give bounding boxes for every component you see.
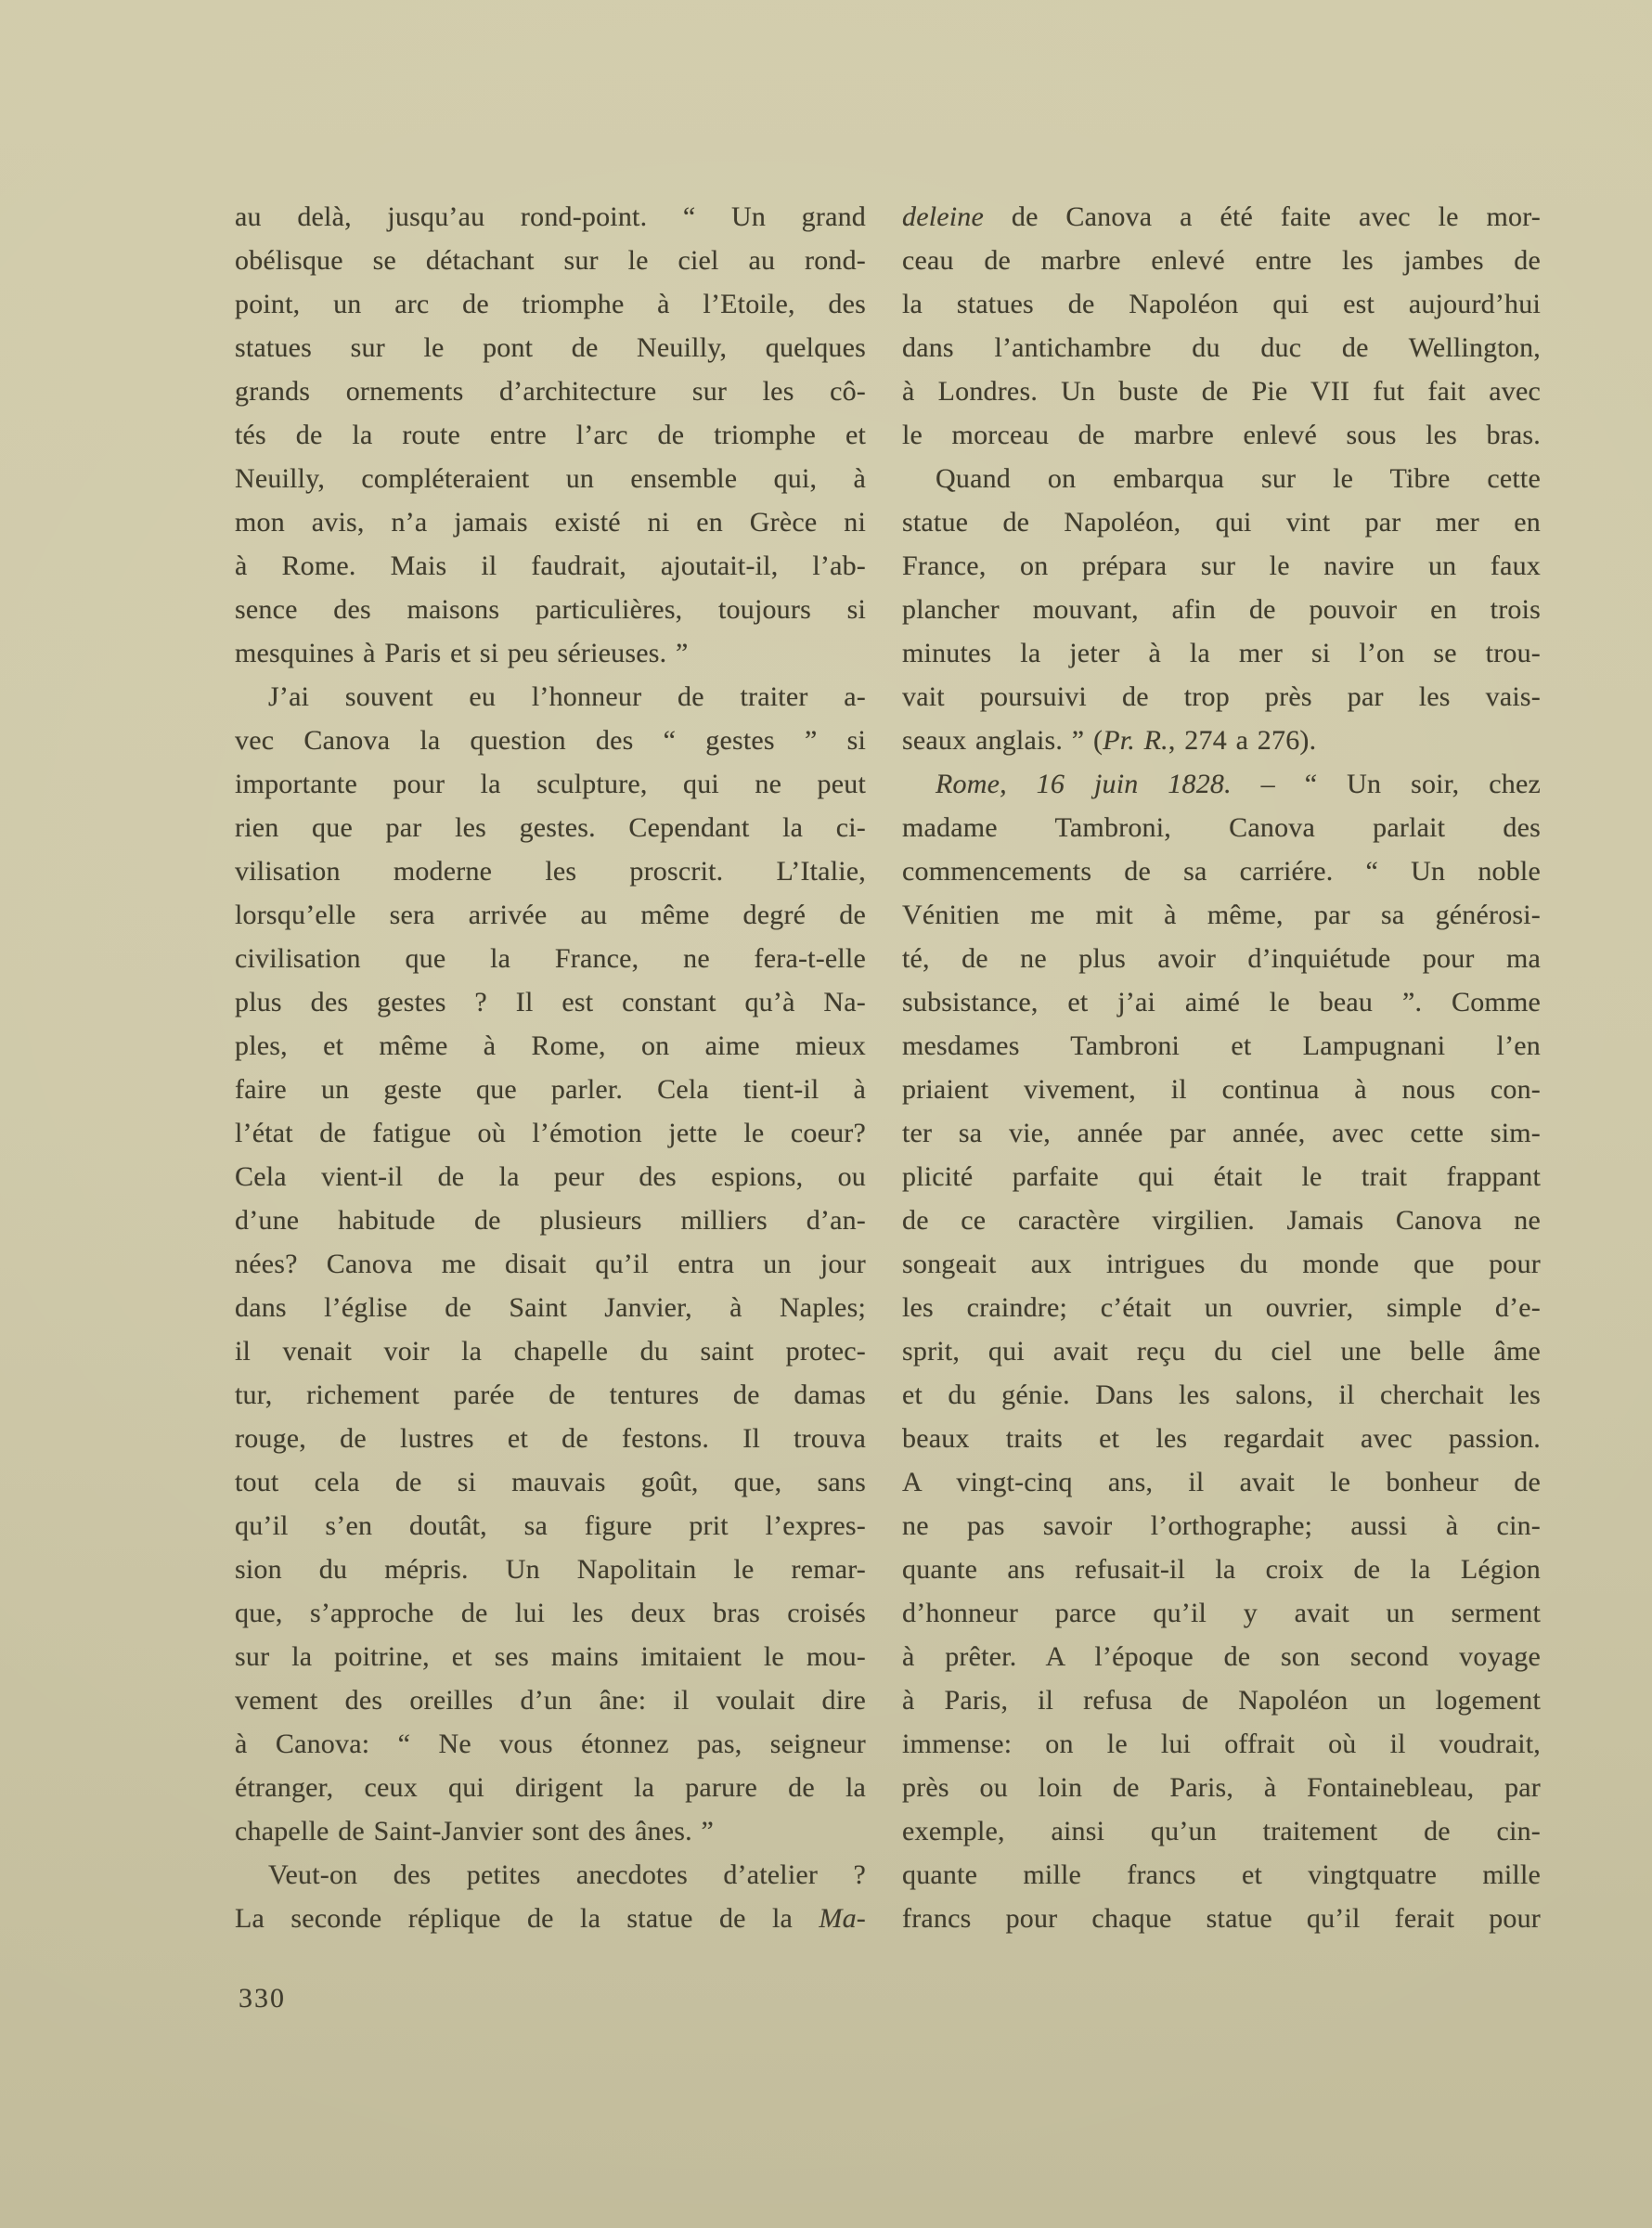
text-line: La seconde réplique de la statue de la M… xyxy=(235,1897,866,1940)
text-line: d’honneur parce qu’il y avait un serment xyxy=(902,1591,1541,1635)
text-line: Quand on embarqua sur le Tibre cette xyxy=(902,457,1541,500)
text-line: au delà, jusqu’au rond-point. “ Un grand xyxy=(235,195,866,239)
text-line: Veut-on des petites anecdotes d’atelier … xyxy=(235,1853,866,1897)
text-line: l’état de fatigue où l’émotion jette le … xyxy=(235,1111,866,1155)
text-line: quante ans refusait-il la croix de la Lé… xyxy=(902,1548,1541,1591)
text-line: priaient vivement, il continua à nous co… xyxy=(902,1068,1541,1111)
text-line: à Londres. Un buste de Pie VII fut fait … xyxy=(902,369,1541,413)
text-line: statue de Napoléon, qui vint par mer en xyxy=(902,500,1541,544)
text-line: quante mille francs et vingtquatre mille xyxy=(902,1853,1541,1897)
text-line: francs pour chaque statue qu’il ferait p… xyxy=(902,1897,1541,1940)
text-line: subsistance, et j’ai aimé le beau ”. Com… xyxy=(902,980,1541,1024)
text-line: plus des gestes ? Il est constant qu’à N… xyxy=(235,980,866,1024)
text-line: dans l’antichambre du duc de Wellington, xyxy=(902,326,1541,369)
text-line: mon avis, n’a jamais existé ni en Grèce … xyxy=(235,500,866,544)
text-line: mesdames Tambroni et Lampugnani l’en xyxy=(902,1024,1541,1068)
text-line: vement des oreilles d’un âne: il voulait… xyxy=(235,1678,866,1722)
text-line: vilisation moderne les proscrit. L’Itali… xyxy=(235,849,866,893)
text-line: le morceau de marbre enlevé sous les bra… xyxy=(902,413,1541,457)
text-line: A vingt-cinq ans, il avait le bonheur de xyxy=(902,1460,1541,1504)
text-line: nées? Canova me disait qu’il entra un jo… xyxy=(235,1242,866,1286)
text-line: point, un arc de triomphe à l’Etoile, de… xyxy=(235,282,866,326)
text-line: tés de la route entre l’arc de triomphe … xyxy=(235,413,866,457)
text-line: tout cela de si mauvais goût, que, sans xyxy=(235,1460,866,1504)
text-line: étranger, ceux qui dirigent la parure de… xyxy=(235,1766,866,1809)
text-line: madame Tambroni, Canova parlait des xyxy=(902,806,1541,849)
text-line: à prêter. A l’époque de son second voyag… xyxy=(902,1635,1541,1678)
text-line: ter sa vie, année par année, avec cette … xyxy=(902,1111,1541,1155)
text-column-left: au delà, jusqu’au rond-point. “ Un grand… xyxy=(235,195,866,1940)
italic-segment: Pr. R. xyxy=(1103,725,1168,756)
text-line: Vénitien me mit à même, par sa générosi- xyxy=(902,893,1541,937)
text-line: ples, et même à Rome, on aime mieux xyxy=(235,1024,866,1068)
text-line: Cela vient-il de la peur des espions, ou xyxy=(235,1155,866,1198)
text-line: de ce caractère virgilien. Jamais Canova… xyxy=(902,1198,1541,1242)
text-line: mesquines à Paris et si peu sérieuses. ” xyxy=(235,631,866,675)
text-line: les craindre; c’était un ouvrier, simple… xyxy=(902,1286,1541,1329)
italic-segment: Rome, 16 juin 1828. xyxy=(936,769,1232,799)
page-number: 330 xyxy=(239,1983,286,2014)
book-page: au delà, jusqu’au rond-point. “ Un grand… xyxy=(0,0,1652,2228)
text-line: chapelle de Saint-Janvier sont des ânes.… xyxy=(235,1809,866,1853)
text-line: lorsqu’elle sera arrivée au même degré d… xyxy=(235,893,866,937)
italic-segment: Ma- xyxy=(819,1903,866,1934)
text-column-right: deleine de Canova a été faite avec le mo… xyxy=(902,195,1541,1940)
text-line: minutes la jeter à la mer si l’on se tro… xyxy=(902,631,1541,675)
text-line: songeait aux intrigues du monde que pour xyxy=(902,1242,1541,1286)
text-line: à Paris, il refusa de Napoléon un logeme… xyxy=(902,1678,1541,1722)
text-line: Neuilly, compléteraient un ensemble qui,… xyxy=(235,457,866,500)
text-line: té, de ne plus avoir d’inquiétude pour m… xyxy=(902,937,1541,980)
text-line: sur la poitrine, et ses mains imitaient … xyxy=(235,1635,866,1678)
text-line: que, s’approche de lui les deux bras cro… xyxy=(235,1591,866,1635)
text-line: importante pour la sculpture, qui ne peu… xyxy=(235,762,866,806)
text-line: plicité parfaite qui était le trait frap… xyxy=(902,1155,1541,1198)
text-line: seaux anglais. ” (Pr. R., 274 a 276). xyxy=(902,719,1541,762)
text-line: grands ornements d’architecture sur les … xyxy=(235,369,866,413)
text-line: à Rome. Mais il faudrait, ajoutait-il, l… xyxy=(235,544,866,588)
text-line: faire un geste que parler. Cela tient-il… xyxy=(235,1068,866,1111)
text-line: obélisque se détachant sur le ciel au ro… xyxy=(235,239,866,282)
text-line: sprit, qui avait reçu du ciel une belle … xyxy=(902,1329,1541,1373)
text-line: civilisation que la France, ne fera-t-el… xyxy=(235,937,866,980)
italic-segment: deleine xyxy=(902,201,984,232)
text-line: près ou loin de Paris, à Fontainebleau, … xyxy=(902,1766,1541,1809)
text-line: rien que par les gestes. Cependant la ci… xyxy=(235,806,866,849)
text-line: commencements de sa carriére. “ Un noble xyxy=(902,849,1541,893)
text-line: sence des maisons particulières, toujour… xyxy=(235,588,866,631)
text-line: statues sur le pont de Neuilly, quelques xyxy=(235,326,866,369)
text-line: qu’il s’en doutât, sa figure prit l’expr… xyxy=(235,1504,866,1548)
text-line: Rome, 16 juin 1828. – “ Un soir, chez xyxy=(902,762,1541,806)
text-line: vait poursuivi de trop près par les vais… xyxy=(902,675,1541,719)
text-line: d’une habitude de plusieurs milliers d’a… xyxy=(235,1198,866,1242)
text-line: sion du mépris. Un Napolitain le remar- xyxy=(235,1548,866,1591)
text-line: beaux traits et les regardait avec passi… xyxy=(902,1417,1541,1460)
text-line: dans l’église de Saint Janvier, à Naples… xyxy=(235,1286,866,1329)
text-line: deleine de Canova a été faite avec le mo… xyxy=(902,195,1541,239)
text-line: ne pas savoir l’orthographe; aussi à cin… xyxy=(902,1504,1541,1548)
text-line: rouge, de lustres et de festons. Il trou… xyxy=(235,1417,866,1460)
text-line: J’ai souvent eu l’honneur de traiter a- xyxy=(235,675,866,719)
text-line: immense: on le lui offrait où il voudrai… xyxy=(902,1722,1541,1766)
text-line: tur, richement parée de tentures de dama… xyxy=(235,1373,866,1417)
text-line: la statues de Napoléon qui est aujourd’h… xyxy=(902,282,1541,326)
text-line: France, on prépara sur le navire un faux xyxy=(902,544,1541,588)
text-line: exemple, ainsi qu’un traitement de cin- xyxy=(902,1809,1541,1853)
text-line: plancher mouvant, afin de pouvoir en tro… xyxy=(902,588,1541,631)
text-line: ceau de marbre enlevé entre les jambes d… xyxy=(902,239,1541,282)
text-line: vec Canova la question des “ gestes ” si xyxy=(235,719,866,762)
text-line: à Canova: “ Ne vous étonnez pas, seigneu… xyxy=(235,1722,866,1766)
text-line: et du génie. Dans les salons, il chercha… xyxy=(902,1373,1541,1417)
text-line: il venait voir la chapelle du saint prot… xyxy=(235,1329,866,1373)
